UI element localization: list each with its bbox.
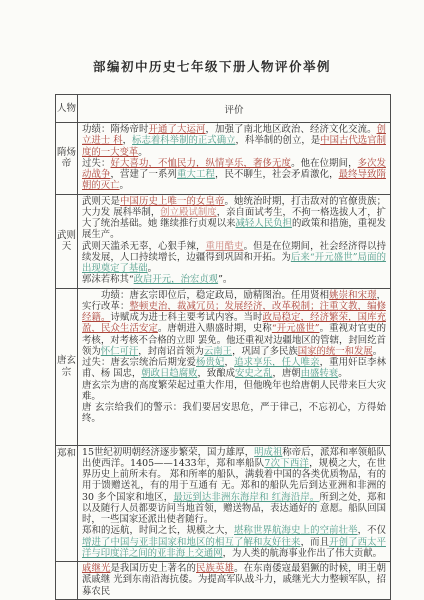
plain-text: 。 <box>148 263 157 274</box>
plain-text: 。唐朝进入鼎盛时期，史称 <box>158 323 272 334</box>
evaluation-paragraph: 郑和的远航，时间之长，规模之大，堪称世界航海史上的空前壮举，不仅增进了中国与亚非… <box>82 525 386 559</box>
highlighted-text: 7次下西洋 <box>264 458 309 469</box>
highlighted-text: 杨贵妃 <box>196 357 225 368</box>
person-name <box>56 562 78 600</box>
plain-text: 过失： <box>82 158 111 169</box>
highlighted-text: 重用酷吏 <box>206 241 244 252</box>
table-row: 武则天武则天是中国历史上唯一的女皇帝。她统治时期，打击敌对的官僚贵族；大力发 展… <box>56 194 391 288</box>
evaluation-cell: 15世纪初明朝经济逐步繁荣，国力雄厚，明成祖称帝后，派郑和率领船队出使西洋。14… <box>78 445 391 562</box>
table-row: 郑和15世纪初明朝经济逐步繁荣，国力雄厚，明成祖称帝后，派郑和率领船队出使西洋。… <box>56 445 391 562</box>
highlighted-text: 创立殿试制度 <box>160 207 216 218</box>
evaluation-cell: 武则天是中国历史上唯一的女皇帝。她统治时期，打击敌对的官僚贵族；大力发 展科举制… <box>78 194 391 288</box>
plain-text: 。 <box>338 368 347 379</box>
highlighted-text: 云南王 <box>204 346 232 357</box>
table-row: 戚继光是我国历史上著名的民族英雄。在东南倭寇最猖獗的时候，明王朝派戚继 光到东南… <box>56 562 391 600</box>
highlighted-text: 政启开元，治宏贞观 <box>134 274 218 285</box>
plain-text: ， <box>225 357 235 368</box>
evaluation-table: 人物 评价 隋炀帝功绩：隋炀帝时开通了大运河，加强了南北地区政治、经济文化交流。… <box>55 94 391 600</box>
plain-text: ，致酿成 <box>198 368 236 379</box>
table-row: 唐玄宗 功绩：唐玄宗即位后，稳定政局，励精图治。任用贤相姚崇和宋璟，实行改革：整… <box>56 288 391 445</box>
highlighted-text: 最远到达非洲东海岸和 红海沿岸。 <box>173 492 319 503</box>
table-header: 人物 评价 <box>56 95 391 123</box>
plain-text: 。 <box>138 147 147 158</box>
evaluation-paragraph: 功绩：隋炀帝时开通了大运河，加强了南北地区政治、经济文化交流。创立进士 科，标志… <box>82 124 386 158</box>
plain-text: 唐玄宗为唐的高度繁荣起过重大作用，但他晚年也给唐朝人民带来巨大灾难。 <box>82 380 386 402</box>
evaluation-paragraph: 过失：好大喜功，不恤民力，纵情享乐，奢侈无度。他在位期间，多次发动战争，营建了一… <box>82 158 386 192</box>
highlighted-text: 减轻人民负担 <box>236 218 292 229</box>
plain-text: ，不仅 <box>358 525 386 536</box>
plain-text: ”。 <box>218 274 232 285</box>
evaluation-cell: 功绩：隋炀帝时开通了大运河，加强了南北地区政治、经济文化交流。创立进士 科，标志… <box>78 123 391 195</box>
plain-text: 过失：唐玄宗统治后期宠爱 <box>82 357 196 368</box>
evaluation-paragraph: 郭沫若称其“政启开元，治宏贞观”。 <box>82 274 386 285</box>
highlighted-text: 中国历史上唯一的女皇帝 <box>120 196 225 207</box>
evaluation-paragraph: 15世纪初明朝经济逐步繁荣，国力雄厚，明成祖称帝后，派郑和率领船队出使西洋。14… <box>82 447 386 526</box>
highlighted-text: 国家的统一和发展 <box>298 346 373 357</box>
plain-text: 唐 玄宗给我们的警示：我们要居安思危，严于律己，不忘初心，方得始终。 <box>82 402 386 424</box>
evaluation-paragraph: 武则天是中国历史上唯一的女皇帝。她统治时期，打击敌对的官僚贵族；大力发 展科举制… <box>82 196 386 241</box>
highlighted-text: 增进了中国与亚非国家和地区的相互了解和友好往来 <box>82 537 301 548</box>
evaluation-paragraph: 过失：唐玄宗统治后期宠爱杨贵妃，追求享乐，任人唯亲，重用奸臣李林甫、杨 国忠，朝… <box>82 357 386 380</box>
highlighted-text: 戚继光 <box>82 563 111 574</box>
plain-text: 。 <box>373 346 382 357</box>
plain-text: ，为人类的航海事业作出了伟大贡献。 <box>223 548 382 559</box>
evaluation-paragraph: 功绩：唐玄宗即位后，稳定政局，励精图治。任用贤相姚崇和宋璟，实行改革：整顿吏治，… <box>82 290 386 358</box>
highlighted-text: “开元盛世” <box>272 323 320 334</box>
plain-text: ，营建了一系列 <box>111 169 178 180</box>
plain-text: 郭沫若称其“ <box>82 274 134 285</box>
plain-text: 15世纪初明朝经济逐步繁荣，国力雄厚， <box>82 447 254 458</box>
evaluation-cell: 戚继光是我国历史上著名的民族英雄。在东南倭寇最猖獗的时候，明王朝派戚继 光到东南… <box>78 562 391 600</box>
plain-text: 郑和的远航，时间之长，规模之大， <box>82 525 234 536</box>
highlighted-text: 朝政日趋腐败 <box>141 368 197 379</box>
page-title: 部编初中历史七年级下册人物评价举例 <box>0 0 424 75</box>
document-page: 部编初中历史七年级下册人物评价举例 人物 评价 隋炀帝功绩：隋炀帝时开通了大运河… <box>0 0 424 600</box>
plain-text: 功绩：唐玄宗即位后，稳定政局，励精图治。任用贤相 <box>82 290 329 301</box>
highlighted-text: 由盛转衰 <box>301 368 339 379</box>
plain-text: ， <box>123 135 132 146</box>
header-row: 人物 评价 <box>56 95 391 123</box>
person-name: 武则天 <box>56 194 78 288</box>
table-row: 隋炀帝功绩：隋炀帝时开通了大运河，加强了南北地区政治、经济文化交流。创立进士 科… <box>56 123 391 195</box>
highlighted-text: 怀仁可汗 <box>101 346 139 357</box>
table-body: 隋炀帝功绩：隋炀帝时开通了大运河，加强了南北地区政治、经济文化交流。创立进士 科… <box>56 123 391 600</box>
highlighted-text: 安史之乱 <box>235 368 273 379</box>
highlighted-text: 开通了大运河 <box>149 124 206 135</box>
plain-text: ，巩固了多民族 <box>232 346 298 357</box>
person-name: 隋炀帝 <box>56 123 78 195</box>
plain-text: 诗赋成为进士科主要考试内容。当时 <box>111 312 263 323</box>
plain-text: ，科举制的创立，是 <box>236 135 321 146</box>
header-evaluation: 评价 <box>78 95 391 123</box>
plain-text: ，唐朝 <box>273 368 301 379</box>
highlighted-text: 标志着科举制的正式确立 <box>132 135 235 146</box>
highlighted-text: 重大工程 <box>177 169 215 180</box>
evaluation-paragraph: 戚继光是我国历史上著名的民族英雄。在东南倭寇最猖獗的时候，明王朝派戚继 光到东南… <box>82 563 386 597</box>
highlighted-text: 追求享乐，任人唯亲 <box>234 357 320 368</box>
highlighted-text: 好大喜功，不恤民力，纵情享乐，奢侈无度 <box>111 158 292 169</box>
plain-text: 武则天滥杀无辜，心狠手辣， <box>82 241 206 252</box>
highlighted-text: 姚崇和宋璟 <box>329 290 377 301</box>
evaluation-paragraph: 唐 玄宗给我们的警示：我们要居安思危，严于律己，不忘初心，方得始终。 <box>82 402 386 425</box>
plain-text: 武则天是 <box>82 196 120 207</box>
plain-text: 是我国历史上著名的 <box>111 563 197 574</box>
plain-text: ，加强了南北地区政治、经济文化交流。 <box>206 124 377 135</box>
plain-text: ，民不聊生，社会矛盾激化， <box>215 169 339 180</box>
plain-text: ，而且 <box>301 537 330 548</box>
highlighted-text: 堪称世界航海史上的空前壮举 <box>234 525 358 536</box>
plain-text: 。 <box>120 180 129 191</box>
evaluation-paragraph: 武则天滥杀无辜，心狠手辣，重用酷吏。但是在位期间，社会经济得以持续发展，人口持续… <box>82 241 386 275</box>
plain-text: 功绩：隋炀帝时 <box>82 124 149 135</box>
person-name: 唐玄宗 <box>56 288 78 445</box>
highlighted-text: 明成祖 <box>254 447 282 458</box>
evaluation-cell: 功绩：唐玄宗即位后，稳定政局，励精图治。任用贤相姚崇和宋璟，实行改革：整顿吏治，… <box>78 288 391 445</box>
person-name: 郑和 <box>56 445 78 562</box>
header-person: 人物 <box>56 95 78 123</box>
plain-text: ，封南诏首领为 <box>138 346 204 357</box>
highlighted-text: 民族英雄 <box>196 563 234 574</box>
evaluation-paragraph: 唐玄宗为唐的高度繁荣起过重大作用，但他晚年也给唐朝人民带来巨大灾难。 <box>82 380 386 403</box>
plain-text: 。他在位期间， <box>291 158 358 169</box>
